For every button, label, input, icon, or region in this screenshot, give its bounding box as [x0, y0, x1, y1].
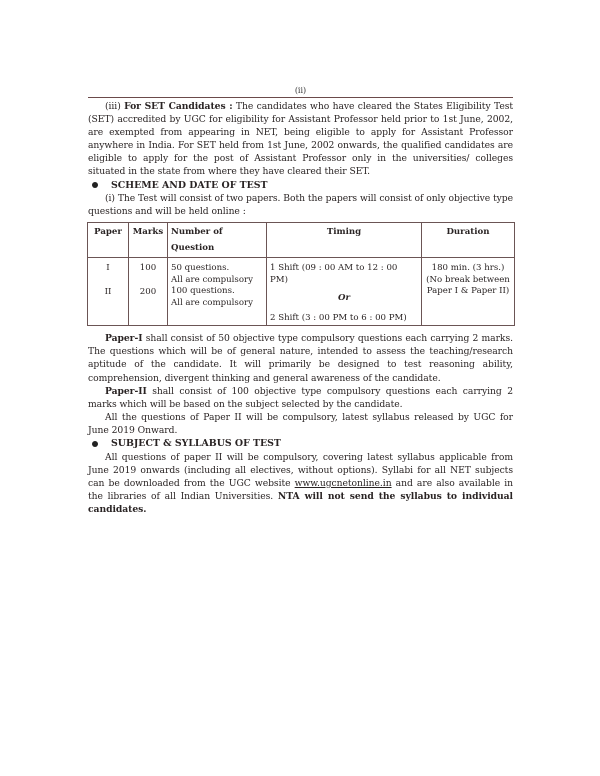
bullet-icon — [92, 441, 98, 447]
th-timing: Timing — [267, 223, 422, 258]
duration-line-2: (No break between — [425, 275, 511, 287]
set-heading: For SET Candidates : — [124, 101, 232, 112]
marks-cell: 100 200 — [129, 258, 168, 326]
marks-2: 200 — [132, 287, 164, 299]
scheme-table: Paper Marks Number of Question Timing Du… — [87, 222, 515, 326]
paper1-text: shall consist of 50 objective type compu… — [88, 333, 513, 383]
duration-line-1: 180 min. (3 hrs.) — [425, 263, 511, 275]
page-number: (ii) — [88, 86, 513, 96]
header-rule — [88, 97, 513, 98]
set-text: The candidates who have cleared the Stat… — [88, 101, 513, 177]
set-prefix: (iii) — [105, 101, 124, 112]
questions-2-note: All are compulsory — [171, 298, 263, 310]
table-header-row: Paper Marks Number of Question Timing Du… — [88, 223, 515, 258]
paper-2: II — [91, 287, 125, 299]
th-questions: Number of Question — [168, 223, 267, 258]
th-marks: Marks — [129, 223, 168, 258]
questions-1-note: All are compulsory — [171, 275, 263, 287]
syllabus-heading: SUBJECT & SYLLABUS OF TEST — [88, 437, 513, 451]
scheme-heading-text: SCHEME AND DATE OF TEST — [111, 179, 268, 193]
set-candidates-paragraph: (iii) For SET Candidates : The candidate… — [88, 100, 513, 179]
document-page: (ii) (iii) For SET Candidates : The cand… — [88, 86, 513, 516]
th-duration: Duration — [422, 223, 515, 258]
ugc-website-link[interactable]: www.ugcnetonline.in — [295, 478, 392, 489]
questions-1: 50 questions. — [171, 263, 263, 275]
timing-shift-2: 2 Shift (3 : 00 PM to 6 : 00 PM) — [270, 313, 418, 325]
paper1-paragraph: Paper-I shall consist of 50 objective ty… — [88, 332, 513, 384]
timing-or: Or — [270, 293, 418, 305]
table-row: I II 100 200 50 questions. All are compu… — [88, 258, 515, 326]
th-paper: Paper — [88, 223, 129, 258]
duration-cell: 180 min. (3 hrs.) (No break between Pape… — [422, 258, 515, 326]
paper1-label: Paper-I — [105, 333, 143, 344]
paper2-text: shall consist of 100 objective type comp… — [88, 386, 513, 410]
bullet-icon — [92, 182, 98, 188]
syllabus-heading-text: SUBJECT & SYLLABUS OF TEST — [111, 437, 281, 451]
syllabus-paragraph: All questions of paper II will be compul… — [88, 451, 513, 516]
paper2-paragraph: Paper-II shall consist of 100 objective … — [88, 385, 513, 411]
duration-line-3: Paper I & Paper II) — [425, 286, 511, 298]
paper-cell: I II — [88, 258, 129, 326]
marks-1: 100 — [132, 263, 164, 275]
timing-shift-1: 1 Shift (09 : 00 AM to 12 : 00 PM) — [270, 263, 418, 286]
paper2-note: All the questions of Paper II will be co… — [88, 411, 513, 437]
scheme-intro: (i) The Test will consist of two papers.… — [88, 192, 513, 218]
questions-2: 100 questions. — [171, 286, 263, 298]
paper-1: I — [91, 263, 125, 275]
questions-cell: 50 questions. All are compulsory 100 que… — [168, 258, 267, 326]
timing-cell: 1 Shift (09 : 00 AM to 12 : 00 PM) Or 2 … — [267, 258, 422, 326]
scheme-heading: SCHEME AND DATE OF TEST — [88, 179, 513, 193]
paper2-label: Paper-II — [105, 386, 147, 397]
